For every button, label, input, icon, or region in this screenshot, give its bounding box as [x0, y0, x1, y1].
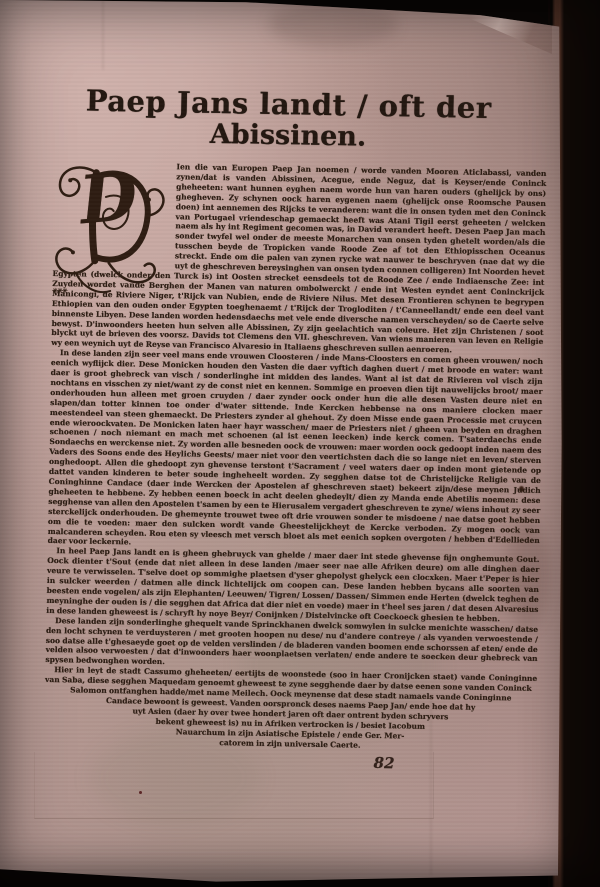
paper-crease [102, 0, 104, 70]
drop-cap: D [53, 160, 173, 262]
page-stain [505, 520, 549, 630]
show-through-impression [34, 752, 434, 819]
paper-crease [430, 700, 432, 875]
body-paragraph: Hier in leyt de stadt Cassumo gheheeten/… [45, 665, 537, 694]
title-line-2: Abissinen. [55, 117, 521, 156]
drop-cap-letter: D [77, 163, 140, 234]
taper-line: Candace bewoont is geweest. Vanden oorsp… [45, 695, 537, 714]
taper-line: Nauarchum in zijn Asiatische Epistele / … [44, 725, 536, 744]
body-text: D Ien die van Europen Paep Jan noemen / … [44, 160, 547, 753]
title-line-1: Paep Jans landt / oft der [55, 84, 522, 125]
paragraph-text: Ien die van Europen Paep Jan noemen / wo… [51, 162, 546, 354]
printed-text-block: Paep Jans landt / oft der Abissinen. ✳✳✳ [44, 84, 548, 774]
taper-line: bekent gheweest is) nu in Afriken vertro… [44, 715, 536, 734]
page-title: Paep Jans landt / oft der Abissinen. [55, 84, 548, 156]
photo-background: Paep Jans landt / oft der Abissinen. ✳✳✳ [0, 0, 600, 887]
body-paragraph: Dese landen zijn sonderlinghe ghequelt v… [45, 616, 538, 675]
body-paragraph: In dese landen zijn seer veel mans ende … [48, 348, 544, 555]
page-number: 82 [44, 749, 536, 774]
book-page: Paep Jans landt / oft der Abissinen. ✳✳✳ [0, 0, 600, 887]
body-paragraph: D Ien die van Europen Paep Jan noemen / … [51, 160, 546, 357]
ink-spot [139, 791, 142, 794]
taper-line: Salomon ontfanghen hadde/met name Meilec… [45, 685, 537, 704]
ink-spot [519, 486, 524, 492]
page-stain [90, 730, 260, 825]
body-paragraph: In heel Paep Jans landt en is gheen gheb… [46, 546, 539, 624]
page-stain [268, 2, 398, 46]
margin-mark: ✳✳✳ [52, 286, 67, 295]
drop-cap-ornament [46, 156, 175, 308]
taper-line: uyt Asien (daer hy over twee hondert jar… [44, 705, 536, 724]
taper-line: catorem in zijn universale Caerte. [44, 734, 536, 753]
corner-fold [436, 4, 552, 54]
page-stain [240, 600, 440, 730]
